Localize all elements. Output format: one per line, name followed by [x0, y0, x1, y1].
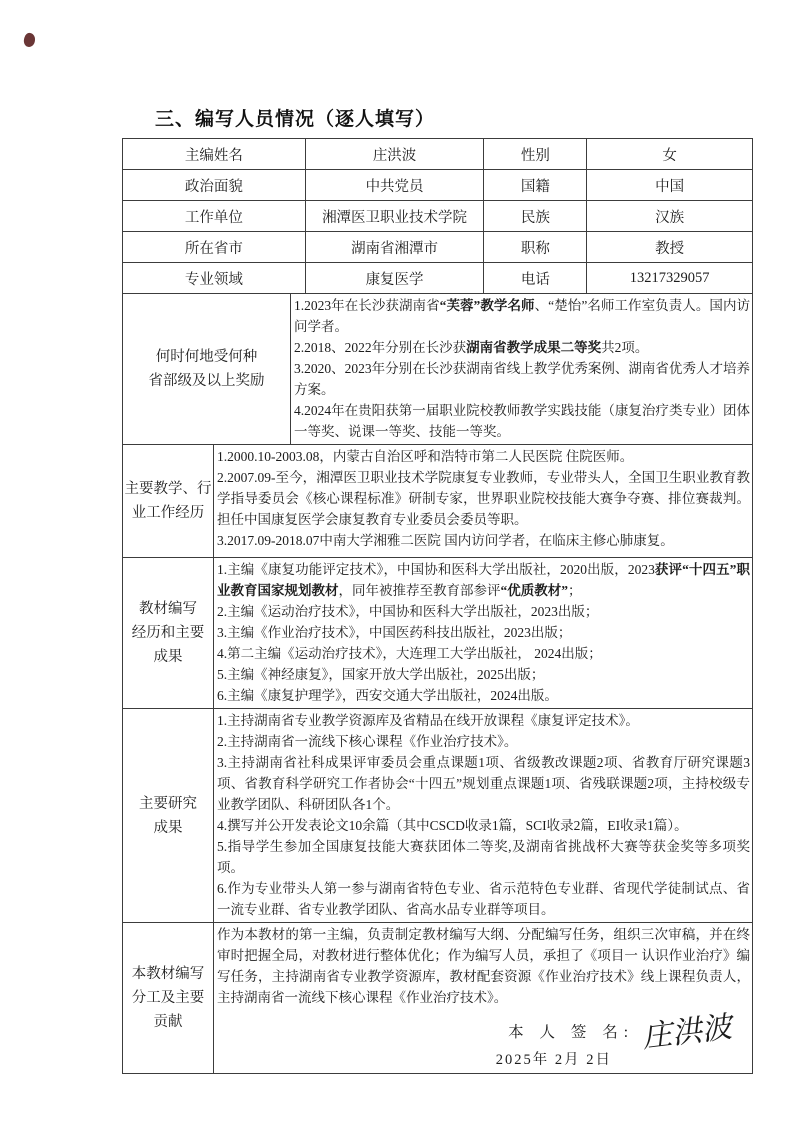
section-content: 作为本教材的第一主编，负责制定教材编写大纲、分配编写任务，组织三次审稿，并在终审…	[214, 923, 753, 1074]
text-run: 4.第二主编《运动治疗技术》，大连理工大学出版社， 2024出版；	[217, 646, 602, 661]
text-run: 1.2000.10-2003.08，内蒙古自治区呼和浩特市第二人民医院 住院医师…	[217, 449, 633, 464]
signature-handwriting: 庄洪波	[640, 1011, 733, 1056]
paragraph: 2.2007.09-至今，湘潭医卫职业技术学院康复专业教师，专业带头人，全国卫生…	[217, 467, 750, 530]
signature-row: 本 人 签 名:庄洪波	[217, 1016, 750, 1050]
paragraph: 6.作为专业带头人第一参与湖南省特色专业、省示范特色专业群、省现代学徒制试点、省…	[217, 878, 750, 920]
text-run: 5.指导学生参加全国康复技能大赛获团体二等奖,及湖南省挑战杯大赛等获金奖等多项奖…	[217, 839, 750, 875]
text-run: 2.主编《运动治疗技术》，中国协和医科大学出版社，2023出版；	[217, 604, 598, 619]
text-run: “芙蓉”教学名师	[440, 298, 535, 313]
section-content: 1.2000.10-2003.08，内蒙古自治区呼和浩特市第二人民医院 住院医师…	[214, 445, 753, 558]
text-run: 共2项。	[601, 340, 648, 355]
info-value: 湖南省湘潭市	[306, 232, 485, 263]
text-run: 4.2024年在贵阳获第一届职业院校教师教学实践技能（康复治疗类专业）团体一等奖…	[294, 403, 750, 439]
page-content: 三、编写人员情况（逐人填写） 主编姓名庄洪波性别女政治面貌中共党员国籍中国工作单…	[122, 104, 753, 1074]
text-run: 2.2018、2022年分别在长沙获	[294, 340, 466, 355]
info-value: 庄洪波	[306, 139, 485, 170]
paragraph: 3.2017.09-2018.07中南大学湘雅二医院 国内访问学者，在临床主修心…	[217, 530, 750, 551]
info-label: 电话	[484, 263, 587, 294]
info-label: 所在省市	[123, 232, 306, 263]
table-row: 政治面貌中共党员国籍中国	[123, 170, 753, 201]
document-page: 三、编写人员情况（逐人填写） 主编姓名庄洪波性别女政治面貌中共党员国籍中国工作单…	[0, 0, 793, 1122]
table-row: 专业领域康复医学电话13217329057	[123, 263, 753, 294]
text-run: 4.撰写并公开发表论文10余篇（其中CSCD收录1篇，SCI收录2篇，EI收录1…	[217, 818, 688, 833]
paragraph: 1.2023年在长沙获湖南省“芙蓉”教学名师、“楚怡”名师工作室负责人。国内访问…	[294, 295, 750, 337]
section-row-awards: 何时何地受何种省部级及以上奖励1.2023年在长沙获湖南省“芙蓉”教学名师、“楚…	[123, 294, 753, 445]
info-value: 13217329057	[587, 263, 753, 294]
info-value: 女	[587, 139, 753, 170]
text-run: 1.主持湖南省专业教学资源库及省精品在线开放课程《康复评定技术》。	[217, 713, 639, 728]
text-run: ；	[568, 583, 582, 598]
paragraph: 5.主编《神经康复》，国家开放大学出版社，2025出版；	[217, 664, 750, 685]
paragraph: 1.主持湖南省专业教学资源库及省精品在线开放课程《康复评定技术》。	[217, 710, 750, 731]
text-run: 3.主持湖南省社科成果评审委员会重点课题1项、省级教改课题2项、省教育厅研究课题…	[217, 755, 750, 812]
text-run: 2.主持湖南省一流线下核心课程《作业治疗技术》。	[217, 734, 517, 749]
table-row: 所在省市湖南省湘潭市职称教授	[123, 232, 753, 263]
text-run: 3.2020、2023年分别在长沙获湖南省线上教学优秀案例、湖南省优秀人才培养方…	[294, 361, 750, 397]
paragraph: 4.第二主编《运动治疗技术》，大连理工大学出版社， 2024出版；	[217, 643, 750, 664]
scan-artifact-mark	[23, 32, 37, 48]
info-value: 教授	[587, 232, 753, 263]
section-label: 教材编写经历和主要成果	[123, 558, 214, 709]
section-content: 1.2023年在长沙获湖南省“芙蓉”教学名师、“楚怡”名师工作室负责人。国内访问…	[291, 294, 753, 445]
text-run: 3.2017.09-2018.07中南大学湘雅二医院 国内访问学者，在临床主修心…	[217, 533, 674, 548]
text-run: 作为本教材的第一主编，负责制定教材编写大纲、分配编写任务，组织三次审稿，并在终审…	[217, 927, 750, 1005]
paragraph: 1.2000.10-2003.08，内蒙古自治区呼和浩特市第二人民医院 住院医师…	[217, 446, 750, 467]
signature-label: 本 人 签 名:	[508, 1016, 634, 1043]
text-run: “优质教材”	[501, 583, 569, 598]
text-run: 1.主编《康复功能评定技术》，中国协和医科大学出版社，2020出版，2023	[217, 562, 655, 577]
paragraph: 5.指导学生参加全国康复技能大赛获团体二等奖,及湖南省挑战杯大赛等获金奖等多项奖…	[217, 836, 750, 878]
info-label: 专业领域	[123, 263, 306, 294]
info-table-body: 主编姓名庄洪波性别女政治面貌中共党员国籍中国工作单位湘潭医卫职业技术学院民族汉族…	[123, 139, 753, 294]
section-row-contribution: 本教材编写分工及主要贡献作为本教材的第一主编，负责制定教材编写大纲、分配编写任务…	[123, 923, 753, 1074]
section-row-textbooks: 教材编写经历和主要成果1.主编《康复功能评定技术》，中国协和医科大学出版社，20…	[123, 558, 753, 709]
info-label: 民族	[484, 201, 587, 232]
paragraph: 作为本教材的第一主编，负责制定教材编写大纲、分配编写任务，组织三次审稿，并在终审…	[217, 924, 750, 1008]
paragraph: 4.2024年在贵阳获第一届职业院校教师教学实践技能（康复治疗类专业）团体一等奖…	[294, 400, 750, 442]
info-value: 湘潭医卫职业技术学院	[306, 201, 485, 232]
paragraph: 2.主编《运动治疗技术》，中国协和医科大学出版社，2023出版；	[217, 601, 750, 622]
sections-body: 何时何地受何种省部级及以上奖励1.2023年在长沙获湖南省“芙蓉”教学名师、“楚…	[123, 294, 753, 1074]
section-label-text: 本教材编写分工及主要贡献	[123, 962, 213, 1034]
paragraph: 3.主持湖南省社科成果评审委员会重点课题1项、省级教改课题2项、省教育厅研究课题…	[217, 752, 750, 815]
info-label: 性别	[484, 139, 587, 170]
info-label: 工作单位	[123, 201, 306, 232]
text-run: 6.作为专业带头人第一参与湖南省特色专业、省示范特色专业群、省现代学徒制试点、省…	[217, 881, 750, 917]
text-run: 5.主编《神经康复》，国家开放大学出版社，2025出版；	[217, 667, 544, 682]
table-row: 主编姓名庄洪波性别女	[123, 139, 753, 170]
paragraph: 6.主编《康复护理学》，西安交通大学出版社，2024出版。	[217, 685, 750, 706]
text-run: 3.主编《作业治疗技术》，中国医药科技出版社，2023出版；	[217, 625, 571, 640]
info-label: 主编姓名	[123, 139, 306, 170]
section-content: 1.主持湖南省专业教学资源库及省精品在线开放课程《康复评定技术》。2.主持湖南省…	[214, 709, 753, 923]
page-title: 三、编写人员情况（逐人填写）	[155, 104, 753, 131]
info-label: 国籍	[484, 170, 587, 201]
table-row: 工作单位湘潭医卫职业技术学院民族汉族	[123, 201, 753, 232]
paragraph: 2.主持湖南省一流线下核心课程《作业治疗技术》。	[217, 731, 750, 752]
info-value: 中共党员	[306, 170, 485, 201]
section-label: 主要教学、行业工作经历	[123, 445, 214, 558]
info-value: 汉族	[587, 201, 753, 232]
text-run: 6.主编《康复护理学》，西安交通大学出版社，2024出版。	[217, 688, 558, 703]
section-label-text: 教材编写经历和主要成果	[123, 597, 213, 669]
info-label: 政治面貌	[123, 170, 306, 201]
paragraph: 4.撰写并公开发表论文10余篇（其中CSCD收录1篇，SCI收录2篇，EI收录1…	[217, 815, 750, 836]
text-run: 2.2007.09-至今，湘潭医卫职业技术学院康复专业教师，专业带头人，全国卫生…	[217, 470, 750, 527]
section-label: 何时何地受何种省部级及以上奖励	[123, 294, 291, 445]
section-row-teaching: 主要教学、行业工作经历1.2000.10-2003.08，内蒙古自治区呼和浩特市…	[123, 445, 753, 558]
section-label-text: 主要研究成果	[123, 792, 213, 840]
text-run: 1.2023年在长沙获湖南省	[294, 298, 440, 313]
section-content: 1.主编《康复功能评定技术》，中国协和医科大学出版社，2020出版，2023获评…	[214, 558, 753, 709]
info-value: 中国	[587, 170, 753, 201]
paragraph: 3.2020、2023年分别在长沙获湖南省线上教学优秀案例、湖南省优秀人才培养方…	[294, 358, 750, 400]
text-run: ，同年被推荐至教育部参评	[339, 583, 501, 598]
info-value: 康复医学	[306, 263, 485, 294]
paragraph: 3.主编《作业治疗技术》，中国医药科技出版社，2023出版；	[217, 622, 750, 643]
paragraph: 2.2018、2022年分别在长沙获湖南省教学成果二等奖共2项。	[294, 337, 750, 358]
section-label: 本教材编写分工及主要贡献	[123, 923, 214, 1074]
signature-date: 2025年 2月 2日	[217, 1050, 612, 1071]
info-label: 职称	[484, 232, 587, 263]
section-label-text: 何时何地受何种省部级及以上奖励	[123, 345, 290, 393]
section-label: 主要研究成果	[123, 709, 214, 923]
text-run: 湖南省教学成果二等奖	[466, 340, 601, 355]
section-label-text: 主要教学、行业工作经历	[123, 477, 213, 525]
personnel-table: 主编姓名庄洪波性别女政治面貌中共党员国籍中国工作单位湘潭医卫职业技术学院民族汉族…	[122, 138, 753, 1074]
paragraph: 1.主编《康复功能评定技术》，中国协和医科大学出版社，2020出版，2023获评…	[217, 559, 750, 601]
section-row-research: 主要研究成果1.主持湖南省专业教学资源库及省精品在线开放课程《康复评定技术》。2…	[123, 709, 753, 923]
